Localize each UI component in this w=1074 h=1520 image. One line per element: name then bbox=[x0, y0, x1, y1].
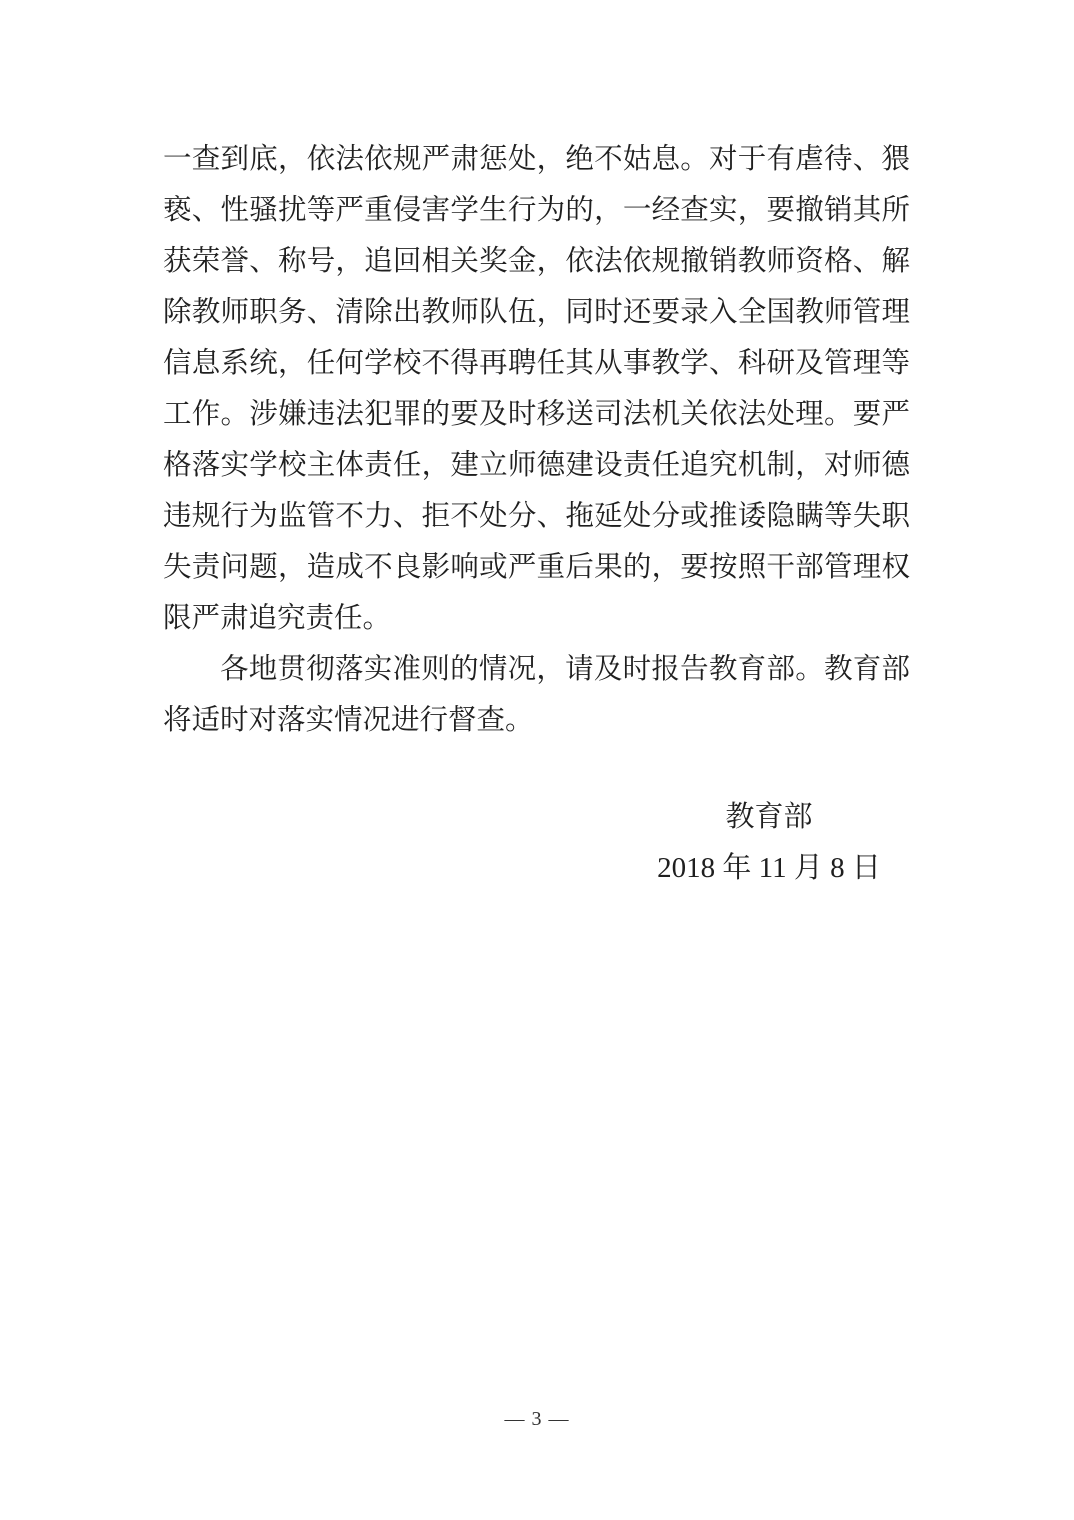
body-text-line: 一查到底，依法依规严肃惩处，绝不姑息。对于有虐待、猥 bbox=[163, 134, 910, 185]
body-text-line: 将适时对落实情况进行督查。 bbox=[163, 695, 910, 746]
body-text-line: 各地贯彻落实准则的情况，请及时报告教育部。教育部 bbox=[163, 644, 910, 695]
body-text-line: 工作。涉嫌违法犯罪的要及时移送司法机关依法处理。要严 bbox=[163, 389, 910, 440]
body-text-line: 亵、性骚扰等严重侵害学生行为的，一经查实，要撤销其所 bbox=[163, 185, 910, 236]
body-text-line: 除教师职务、清除出教师队伍，同时还要录入全国教师管理 bbox=[163, 287, 910, 338]
signature-date: 2018 年 11 月 8 日 bbox=[519, 843, 1019, 894]
document-page: 一查到底，依法依规严肃惩处，绝不姑息。对于有虐待、猥 亵、性骚扰等严重侵害学生行… bbox=[0, 0, 1074, 1520]
body-text-line: 违规行为监管不力、拒不处分、拖延处分或推诿隐瞒等失职 bbox=[163, 491, 910, 542]
signature-signer: 教育部 bbox=[519, 792, 1019, 843]
body-text-line: 信息系统，任何学校不得再聘任其从事教学、科研及管理等 bbox=[163, 338, 910, 389]
page-number: — 3 — bbox=[0, 1406, 1074, 1432]
body-text: 一查到底，依法依规严肃惩处，绝不姑息。对于有虐待、猥 亵、性骚扰等严重侵害学生行… bbox=[163, 134, 910, 746]
body-text-line: 限严肃追究责任。 bbox=[163, 593, 910, 644]
body-text-line: 格落实学校主体责任，建立师德建设责任追究机制，对师德 bbox=[163, 440, 910, 491]
body-text-line: 获荣誉、称号，追回相关奖金，依法依规撤销教师资格、解 bbox=[163, 236, 910, 287]
signature-block: 教育部 2018 年 11 月 8 日 bbox=[519, 792, 1019, 894]
body-text-line: 失责问题，造成不良影响或严重后果的，要按照干部管理权 bbox=[163, 542, 910, 593]
